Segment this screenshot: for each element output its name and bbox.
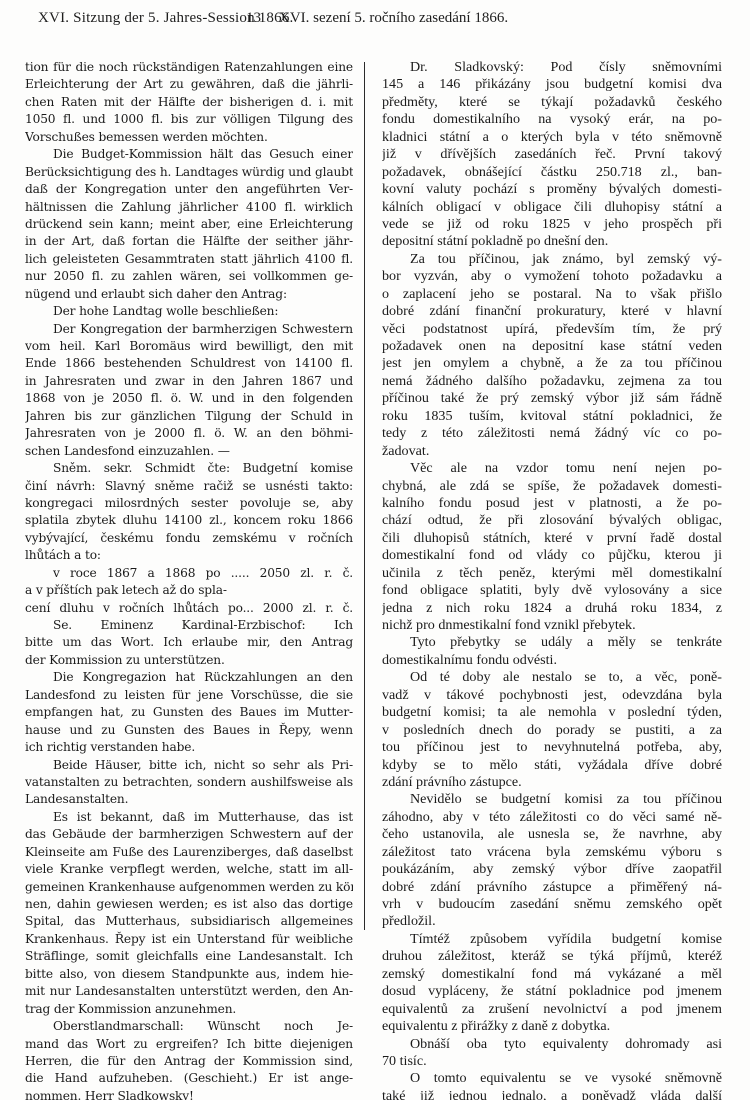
text-line: ich richtig verstanden habe.: [25, 739, 353, 756]
text-line: budgetní komisi; ta ale nemohla v posled…: [382, 704, 722, 721]
text-line: lhůtách a to:: [25, 547, 353, 564]
text-line: tedy z této záležitosti nemá žádný víc c…: [382, 425, 722, 442]
text-line: druhou záležitost, kteráž se týká příjmů…: [382, 948, 722, 965]
text-line: věci podstatnost upírá, především tím, ž…: [382, 321, 722, 338]
text-line: Nevidělo se budgetní komisi za tou příči…: [382, 791, 722, 808]
text-line: požadavek onen na depositní kase státní …: [382, 338, 722, 355]
text-line: předměty, které se týkají požadavků česk…: [382, 94, 722, 111]
text-line: nichž pro dnmestikalní fond vznikl přeby…: [382, 617, 722, 634]
text-line: mand das Wort zu ergreifen? Ich bitte di…: [25, 1036, 353, 1053]
text-line: o zaplacení jeho se postaral. Na to však…: [382, 286, 722, 303]
text-line: čeho ustanovila, ale usnesla se, že navr…: [382, 826, 722, 843]
text-line: Kleinseite am Fuße des Laurenziberges, d…: [25, 844, 353, 861]
text-line: žadovat.: [382, 443, 722, 460]
text-line: také již jednou jednalo, a poněvadž vlád…: [382, 1088, 722, 1100]
text-line: chybná, ale zdá se spíše, že požadavek d…: [382, 478, 722, 495]
column-divider: [364, 62, 365, 930]
text-line: 145 a 146 přikázány jsou budgetní komisi…: [382, 76, 722, 93]
text-line: equivalentu z přirážky z daně z dobytka.: [382, 1018, 722, 1035]
text-line: Spital, das Mutterhaus, subsidiarisch al…: [25, 913, 353, 930]
text-line: v roce 1867 a 1868 po ..... 2050 zl. r. …: [25, 565, 353, 582]
text-line: domestikalnímu fondu odvésti.: [382, 652, 722, 669]
text-line: nügend und erlaubt sich daher den Antrag…: [25, 286, 353, 303]
text-line: požadavek, obnášející částku 250.718 zl.…: [382, 164, 722, 181]
text-line: roku 1835 tuším, kvitoval státní pokladn…: [382, 408, 722, 425]
text-line: a v příštích pak letech až do spla-: [25, 582, 353, 599]
text-line: vatanstalten zu betrachten, sondern aush…: [25, 774, 353, 791]
text-line: učinila z těch peněz, kterými měl domest…: [382, 565, 722, 582]
text-line: das Gebäude der barmherzigen Schwestern …: [25, 826, 353, 843]
text-line: kalního fondu posud jest v platnosti, a …: [382, 495, 722, 512]
text-line: domestikalní fond od vlády co půjčku, kt…: [382, 547, 722, 564]
text-line: Beide Häuser, bitte ich, nicht so sehr a…: [25, 757, 353, 774]
text-line: Věc ale na vzdor tomu není nejen po-: [382, 460, 722, 477]
text-line: empfangen hat, zu Gunsten des Baues im M…: [25, 704, 353, 721]
text-line: Dr. Sladkovský: Pod čísly sněmovními: [382, 59, 722, 76]
text-line: Krankenhaus. Řepy ist ein Unterstand für…: [25, 931, 353, 948]
text-line: fondu domestikalního na vysoký erár, na …: [382, 111, 722, 128]
text-line: jedna z nich roku 1824 a druhá roku 1834…: [382, 600, 722, 617]
text-line: Landesanstalten.: [25, 791, 353, 808]
text-line: činí návrh: Slavný sněme račiž se usnést…: [25, 478, 353, 495]
text-line: jest jen omylem a chybně, a že za tou př…: [382, 355, 722, 372]
text-line: Herren, die für den Antrag der Kommissio…: [25, 1053, 353, 1070]
text-line: bitte also, von diesem Standpunkte aus, …: [25, 966, 353, 983]
text-line: chází odtud, že při zlosování bývalých o…: [382, 512, 722, 529]
text-line: předložil.: [382, 913, 722, 930]
text-line: Jahresraten von je 2000 fl. ö. W. an den…: [25, 425, 353, 442]
text-line: již v dřívějších zasedáních řeč. První t…: [382, 146, 722, 163]
text-line: zemský domestikalní fond má vykázané a m…: [382, 966, 722, 983]
text-line: Sněm. sekr. Schmidt čte: Budgetní komise: [25, 460, 353, 477]
text-line: splatila zbytek dluhu 14100 zl., koncem …: [25, 512, 353, 529]
text-line: Der Kongregation der barmherzigen Schwes…: [25, 321, 353, 338]
text-line: dobré zdání právního zástupce a přiměřen…: [382, 879, 722, 896]
document-page: XVI. Sitzung der 5. Jahres-Session 1866.…: [0, 0, 750, 1100]
text-line: Sträflinge, somit gleichfalls eine Lande…: [25, 948, 353, 965]
text-line: Die Budget-Kommission hält das Gesuch ei…: [25, 146, 353, 163]
text-line: čili dluhopisů státních, které v první ř…: [382, 530, 722, 547]
text-line: in der Art, daß fortan die Hälfte der se…: [25, 233, 353, 250]
text-line: v posledních dnech do porady se pustiti,…: [382, 722, 722, 739]
text-line: nommen. Herr Sladkowsky!: [25, 1088, 353, 1100]
text-line: vom heil. Karl Boromäus wird bewilligt, …: [25, 338, 353, 355]
text-line: 70 tisíc.: [382, 1053, 722, 1070]
text-line: tou příčinou jest to nevyhnutelná potřeb…: [382, 739, 722, 756]
text-line: příčinou také že prý zemský výbor již sá…: [382, 390, 722, 407]
text-line: hause und zu Gunsten des Baues in Řepy, …: [25, 722, 353, 739]
text-line: Oberstlandmarschall: Wünscht noch Je-: [25, 1018, 353, 1035]
text-line: vrh v budoucím zasedání sněmu zemského o…: [382, 896, 722, 913]
text-line: fond obligace splatiti, byly dvě vylosov…: [382, 582, 722, 599]
text-line: bor vyzván, aby o vymožení tohoto požada…: [382, 268, 722, 285]
text-line: vybývající, českému fondu zemskému v roč…: [25, 530, 353, 547]
text-line: gemeinen Krankenhause aufgenommen werden…: [25, 879, 353, 896]
text-line: Es ist bekannt, daß im Mutterhause, das …: [25, 809, 353, 826]
text-line: lich geleisteten Gesammtraten statt jähr…: [25, 251, 353, 268]
text-line: dobré zdání finanční prokuratury, které …: [382, 303, 722, 320]
text-line: in Jahresraten und zwar in den Jahren 18…: [25, 373, 353, 390]
text-line: Berücksichtigung des h. Landtages würdig…: [25, 164, 353, 181]
text-line: Der hohe Landtag wolle beschließen:: [25, 303, 353, 320]
text-line: kovní valuty pochází s proměny bývalých …: [382, 181, 722, 198]
page-header: XVI. Sitzung der 5. Jahres-Session 1866.…: [0, 8, 750, 34]
text-line: Obnáší oba tyto equivalenty dohromady as…: [382, 1036, 722, 1053]
text-line: Ende 1866 bestehenden Schuldrest von 141…: [25, 355, 353, 372]
text-line: nen, dahin gewiesen werden; es ist also …: [25, 896, 353, 913]
text-line: kdyby se to mělo státi, vyžádala dříve d…: [382, 757, 722, 774]
text-line: bitte um das Wort. Ich erlaube mir, den …: [25, 634, 353, 651]
text-line: nemá žádného dalšího požadavku, zejmena …: [382, 373, 722, 390]
text-line: záhodno, aby v této záležitosti co do vě…: [382, 809, 722, 826]
text-line: der Kommission zu unterstützen.: [25, 652, 353, 669]
text-line: nur 2050 fl. zu zahlen wären, sei vollko…: [25, 268, 353, 285]
text-line: Landesfond zu leisten für jene Vorschüss…: [25, 687, 353, 704]
text-line: Jahren bis zur gänzlichen Tilgung der Sc…: [25, 408, 353, 425]
text-line: daß der Kongregation unter den angeführt…: [25, 181, 353, 198]
text-line: poukázáním, aby zemský výbor dříve zaopa…: [382, 861, 722, 878]
text-line: schen Landesfond einzuzahlen. —: [25, 443, 353, 460]
text-line: depositní státní pokladně po dnešní den.: [382, 233, 722, 250]
text-line: zdání právního zástupce.: [382, 774, 722, 791]
text-line: hältnissen die Zahlung jährlicher 4100 f…: [25, 199, 353, 216]
text-line: kálních obligací v obligace čili dluhopi…: [382, 199, 722, 216]
text-line: Tyto přebytky se udály a měly se tenkrát…: [382, 634, 722, 651]
text-line: Tímtéž způsobem vyřídila budgetní komise: [382, 931, 722, 948]
text-line: drückend sein kann; meint aber, eine Erl…: [25, 216, 353, 233]
text-line: Od té doby ale nestalo se to, a věc, pon…: [382, 669, 722, 686]
text-line: 1868 von je 2050 fl. ö. W. und in den fo…: [25, 390, 353, 407]
text-line: mit nur Landesanstalten unterstützt werd…: [25, 983, 353, 1000]
text-line: tion für die noch rückständigen Ratenzah…: [25, 59, 353, 76]
text-line: Vorschußes bemessen werden möchten.: [25, 129, 353, 146]
text-line: dosud vypláceny, že státní pokladnice po…: [382, 983, 722, 1000]
text-line: Die Kongregazion hat Rückzahlungen an de…: [25, 669, 353, 686]
text-line: cení dluhu v ročních lhůtách po... 2000 …: [25, 600, 353, 617]
text-line: chen Raten mit der Hälfte der bisherigen…: [25, 94, 353, 111]
text-line: vadž v tákové pochybnosti jest, odevzdán…: [382, 687, 722, 704]
text-line: O tomto equivalentu se ve vysoké sněmovn…: [382, 1070, 722, 1087]
text-line: vede se již od roku 1825 v jeho prospěch…: [382, 216, 722, 233]
text-line: Se. Eminenz Kardinal-Erzbischof: Ich: [25, 617, 353, 634]
text-line: 1050 fl. und 1000 fl. bis zur völligen T…: [25, 111, 353, 128]
right-column-czech-text: Dr. Sladkovský: Pod čísly sněmovními145 …: [382, 59, 722, 1100]
text-line: Erleichterung der Art zu gewähren, daß d…: [25, 76, 353, 93]
header-czech-title: XVI. sezení 5. ročního zasedání 1866.: [279, 10, 508, 27]
text-line: viele Kranke verpflegt werden, welche, s…: [25, 861, 353, 878]
text-line: equivalentů za zrušení nevolnictví a pod…: [382, 1001, 722, 1018]
left-column-german-text: tion für die noch rückständigen Ratenzah…: [25, 59, 353, 1100]
text-line: kongregaci milosrdných sester povoluje s…: [25, 495, 353, 512]
text-line: kladnici státní a o kterých byla v této …: [382, 129, 722, 146]
text-line: záležitost tato vrácena byla zemskému vý…: [382, 844, 722, 861]
text-line: die Hand aufzuheben. (Geschieht.) Er ist…: [25, 1070, 353, 1087]
page-number: 13: [246, 10, 261, 27]
text-line: Za tou příčinou, jak známo, byl zemský v…: [382, 251, 722, 268]
text-line: trag der Kommission anzunehmen.: [25, 1001, 353, 1018]
